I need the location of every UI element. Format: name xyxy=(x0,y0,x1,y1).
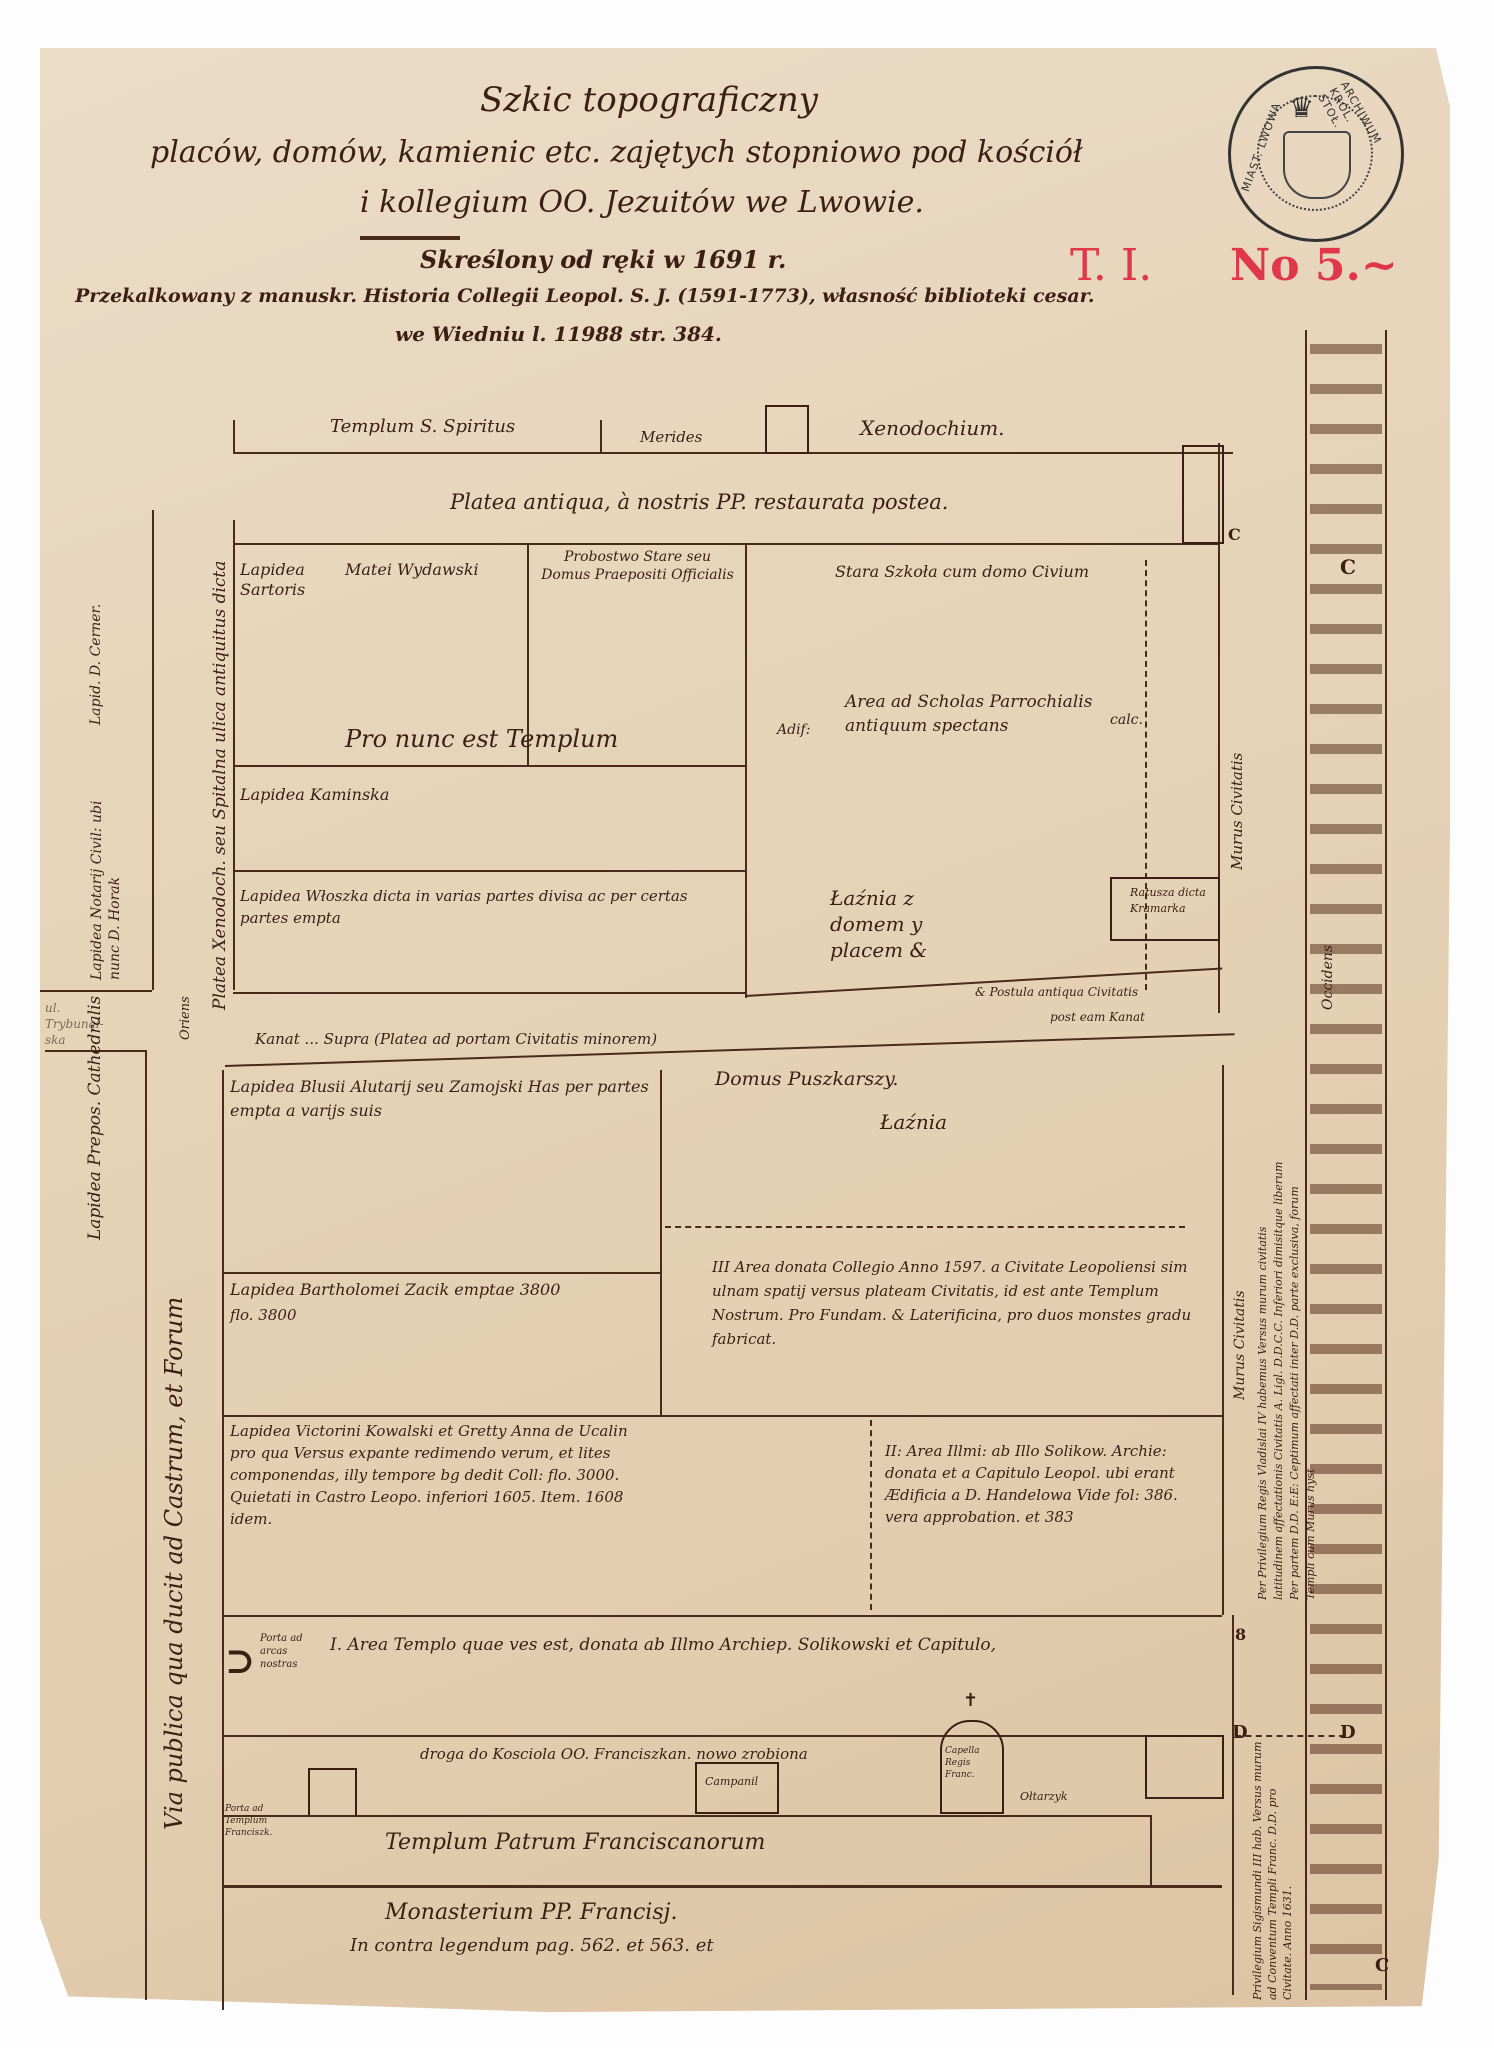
campanile-building xyxy=(695,1762,779,1814)
source-line-1: Przekalkowany z manuskr. Historia Colleg… xyxy=(75,285,1095,307)
marker-8: 8 xyxy=(1235,1625,1246,1644)
label-templum-spiritus: Templum S. Spiritus xyxy=(330,416,515,437)
number-mark: No 5.~ xyxy=(1230,240,1398,291)
city-wall-line xyxy=(1385,330,1387,2000)
label-calc: calc. xyxy=(1110,712,1143,728)
label-area-iii: III Area donata Collegio Anno 1597. a Ci… xyxy=(712,1255,1212,1351)
label-lapidea-kaminska: Lapidea Kaminska xyxy=(240,785,389,804)
source-line-2: we Wiedniu l. 11988 str. 384. xyxy=(395,322,722,346)
label-capella: Capella Regis Franc. xyxy=(945,1745,1000,1781)
gate-tower-drawing xyxy=(1182,445,1224,544)
label-campanile: Campanil xyxy=(705,1775,758,1788)
marker-c-top: C xyxy=(1340,555,1356,579)
title-line-3: i kollegium OO. Jezuitów we Lwowie. xyxy=(360,185,924,220)
block2-left-edge xyxy=(222,1070,224,2010)
label-lapidea-notarii: Lapidea Notarij Civil: ubi nunc D. Horak xyxy=(88,780,124,980)
label-templum-franc: Templum Patrum Franciscanorum xyxy=(385,1830,765,1855)
label-post-kanat: post eam Kanat xyxy=(1050,1010,1145,1024)
east-gate-building xyxy=(1145,1735,1224,1799)
label-adif: Adif: xyxy=(777,722,810,738)
label-monasterium: Monasterium PP. Francisj. xyxy=(385,1900,677,1925)
merides-tower xyxy=(765,405,809,454)
label-porta-ad-arcas: Porta ad arcas nostras xyxy=(260,1632,310,1671)
label-murus-c: Murus Civitatis xyxy=(1232,1290,1248,1400)
label-oriens: Oriens xyxy=(178,996,193,1040)
label-matei: Matei Wydawski xyxy=(345,560,479,579)
label-privilegium: Per Privilegium Regis Vladislai IV habem… xyxy=(1255,1160,1319,1600)
label-lapidea-bartholomei: Lapidea Bartholomei Zacik emptae 3800 xyxy=(230,1280,560,1299)
label-murus-civitatis: Murus Civitatis xyxy=(1228,753,1246,870)
label-droga: droga do Kosciola OO. Franciszkan. nowo … xyxy=(420,1745,808,1763)
label-lapidea-victorini: Lapidea Victorini Kowalski et Gretty Ann… xyxy=(230,1420,640,1530)
label-via-publica: Via publica qua ducit ad Castrum, et For… xyxy=(160,1297,188,1830)
label-lapidea-blusii: Lapidea Blusii Alutarij seu Zamojski Has… xyxy=(230,1075,650,1123)
volume-mark: T. I. xyxy=(1070,240,1152,291)
label-flo-3800: flo. 3800 xyxy=(230,1306,296,1324)
archive-stamp: ♛ MIAST. LWOWA ARCHIWUM KRÓL. STOŁ. xyxy=(1228,66,1404,242)
label-kanat-row: Kanat ... Supra (Platea ad portam Civita… xyxy=(255,1030,657,1048)
label-platea-antiqua: Platea antiqua, à nostris PP. restaurata… xyxy=(450,490,948,514)
label-area-ii: II: Area Illmi: ab Illo Solikow. Archie:… xyxy=(885,1440,1215,1528)
label-lapidea-cerner: Lapid. D. Cerner. xyxy=(88,604,104,725)
drawn-by-line: Skreślony od ręki w 1691 r. xyxy=(420,245,786,274)
label-platea-xenodochii: Platea Xenodoch. seu Spitalna ulica anti… xyxy=(210,561,230,1010)
top-row-baseline xyxy=(233,452,1233,454)
label-domus-puszkarszy: Domus Puszkarszy. xyxy=(715,1068,898,1090)
label-porta-ad-templum: Porta ad Templum Franciszk. xyxy=(225,1803,305,1839)
label-area-schola: Area ad Scholas Parrochialis antiquum sp… xyxy=(845,690,1095,738)
title-underline xyxy=(360,236,460,240)
title-line-1: Szkic topograficzny xyxy=(480,80,818,120)
label-laznia: Łaźnia xyxy=(880,1110,947,1134)
crown-icon: ♛ xyxy=(1289,91,1314,124)
manuscript-paper xyxy=(40,48,1450,2016)
gate-arch-icon: ⊃ xyxy=(225,1640,255,1682)
marker-d-right: D xyxy=(1340,1722,1356,1743)
label-lapidea-capit: Lapidea Prepos. Cathedralis xyxy=(85,996,105,1240)
label-merides: Merides xyxy=(640,428,702,446)
title-line-2: placów, domów, kamienic etc. zajętych st… xyxy=(150,135,1083,170)
label-lapidea-wloska: Lapidea Włoszka dicta in varias partes d… xyxy=(240,885,720,929)
label-postula: & Postula antiqua Civitatis xyxy=(975,985,1138,999)
label-area-i: I. Area Templo quae ves est, donata ab I… xyxy=(330,1635,996,1655)
label-privilegium-1631: Privilegium Sigismundi III hab. Versus m… xyxy=(1250,1740,1295,2000)
well-structure xyxy=(308,1768,357,1817)
label-oltarz: Ołtarzyk xyxy=(1020,1790,1068,1803)
marker-c-bottom: C xyxy=(1375,1955,1389,1976)
label-pro-nunc: Pro nunc est Templum xyxy=(345,725,618,753)
label-stara-szkola: Stara Szkoła cum domo Civium xyxy=(835,562,1089,581)
label-occidens: Occidens xyxy=(1320,945,1336,1010)
cross-icon: ✝ xyxy=(963,1690,978,1711)
marker-c-gate: C xyxy=(1228,525,1241,544)
label-probostwo: Probostwo Stare seu Domus Praepositi Off… xyxy=(540,548,735,584)
label-ratusza: Ratusza dicta Kramarka xyxy=(1130,885,1210,917)
label-lapidea-sartoris: Lapidea Sartoris xyxy=(240,560,340,600)
label-in-contra: In contra legendum pag. 562. et 563. et xyxy=(350,1935,714,1956)
label-laznia-zdomem: Łaźnia z domem y placem & xyxy=(830,885,970,963)
label-xenodochium: Xenodochium. xyxy=(860,416,1005,440)
marker-d-left: D xyxy=(1232,1722,1248,1743)
